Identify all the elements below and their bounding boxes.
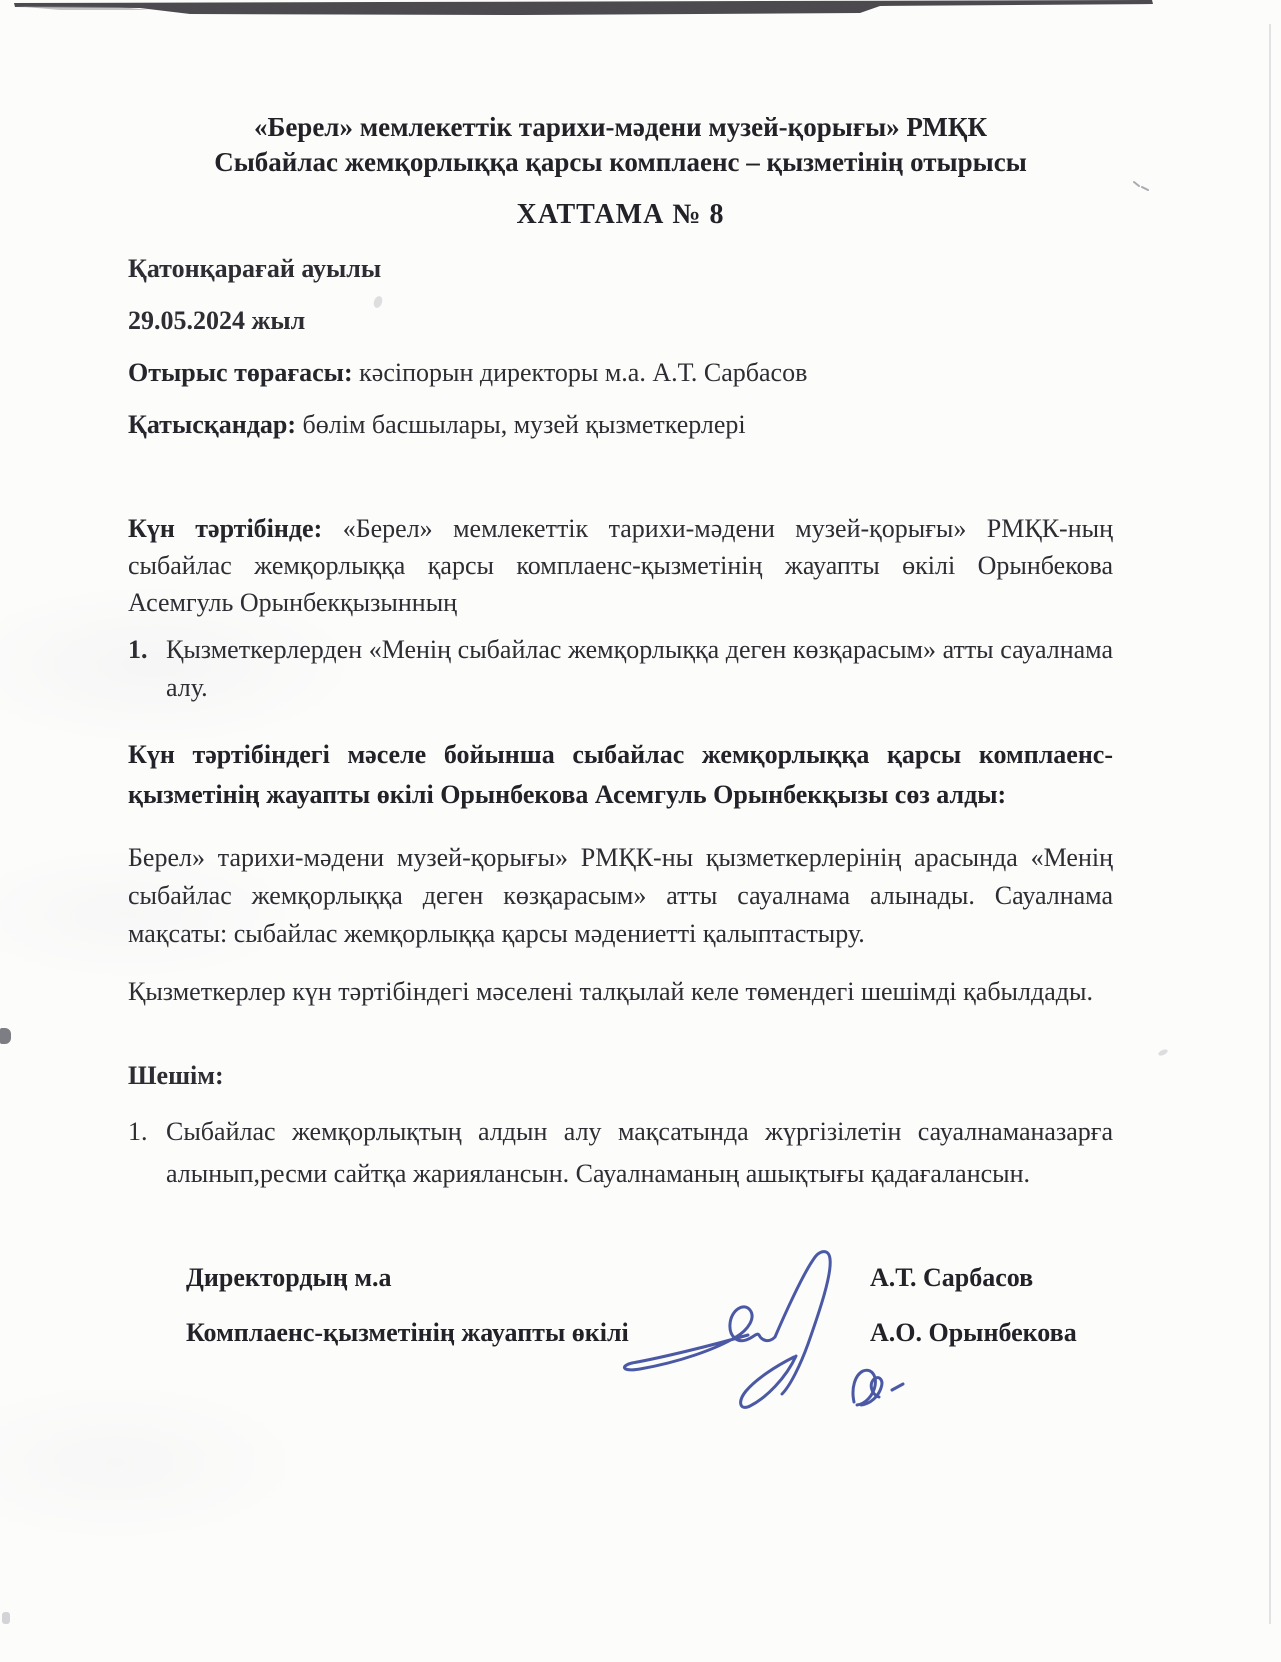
participants-line: Қатысқандар: бөлім басшылары, музей қызм… xyxy=(128,406,1113,444)
agenda-paragraph: Күн тәртібінде: «Берел» мемлекеттік тари… xyxy=(128,510,1113,621)
chairman-line: Отырыс төрағасы: кәсіпорын директоры м.а… xyxy=(128,354,1113,392)
document-title-line1: «Берел» мемлекеттік тарихи-мәдени музей-… xyxy=(128,110,1113,145)
speech-paragraph-1: Берел» тарихи-мәдени музей-қорығы» РМҚК-… xyxy=(128,839,1113,953)
chairman-label: Отырыс төрағасы: xyxy=(128,358,353,387)
participants-value: бөлім басшылары, музей қызметкерлері xyxy=(303,410,746,439)
decision-item-number: 1. xyxy=(128,1111,166,1195)
speech-heading: Күн тәртібіндегі мәселе бойынша сыбайлас… xyxy=(128,735,1113,815)
agenda-item-number: 1. xyxy=(128,631,166,707)
decision-heading: Шешім: xyxy=(128,1057,1113,1095)
signature-role: Комплаенс-қызметінің жауапты өкілі xyxy=(186,1314,629,1352)
decision-item-text: Сыбайлас жемқорлықтың алдын алу мақсатын… xyxy=(166,1111,1113,1195)
agenda-item-text: Қызметкерлерден «Менің сыбайлас жемқорлы… xyxy=(166,631,1113,707)
speech-paragraph-2: Қызметкерлер күн тәртібіндегі мәселені т… xyxy=(128,973,1113,1011)
scanned-document-page: «Берел» мемлекеттік тарихи-мәдени музей-… xyxy=(0,0,1281,1662)
agenda-item-1: 1. Қызметкерлерден «Менің сыбайлас жемқо… xyxy=(128,631,1113,707)
chairman-value: кәсіпорын директоры м.а. А.Т. Сарбасов xyxy=(359,358,807,387)
protocol-number-heading: ХАТТАМА № 8 xyxy=(128,196,1113,234)
participants-label: Қатысқандар: xyxy=(128,410,296,439)
decision-item-1: 1. Сыбайлас жемқорлықтың алдын алу мақса… xyxy=(128,1111,1113,1195)
document-title-line2: Сыбайлас жемқорлыққа қарсы комплаенс – қ… xyxy=(128,145,1113,180)
handwritten-signature xyxy=(598,1238,918,1438)
protocol-place: Қатонқарағай ауылы xyxy=(128,250,1113,288)
protocol-date: 29.05.2024 жыл xyxy=(128,302,1113,340)
signature-role: Директордың м.а xyxy=(186,1259,392,1297)
agenda-label: Күн тәртібінде: xyxy=(128,514,322,543)
